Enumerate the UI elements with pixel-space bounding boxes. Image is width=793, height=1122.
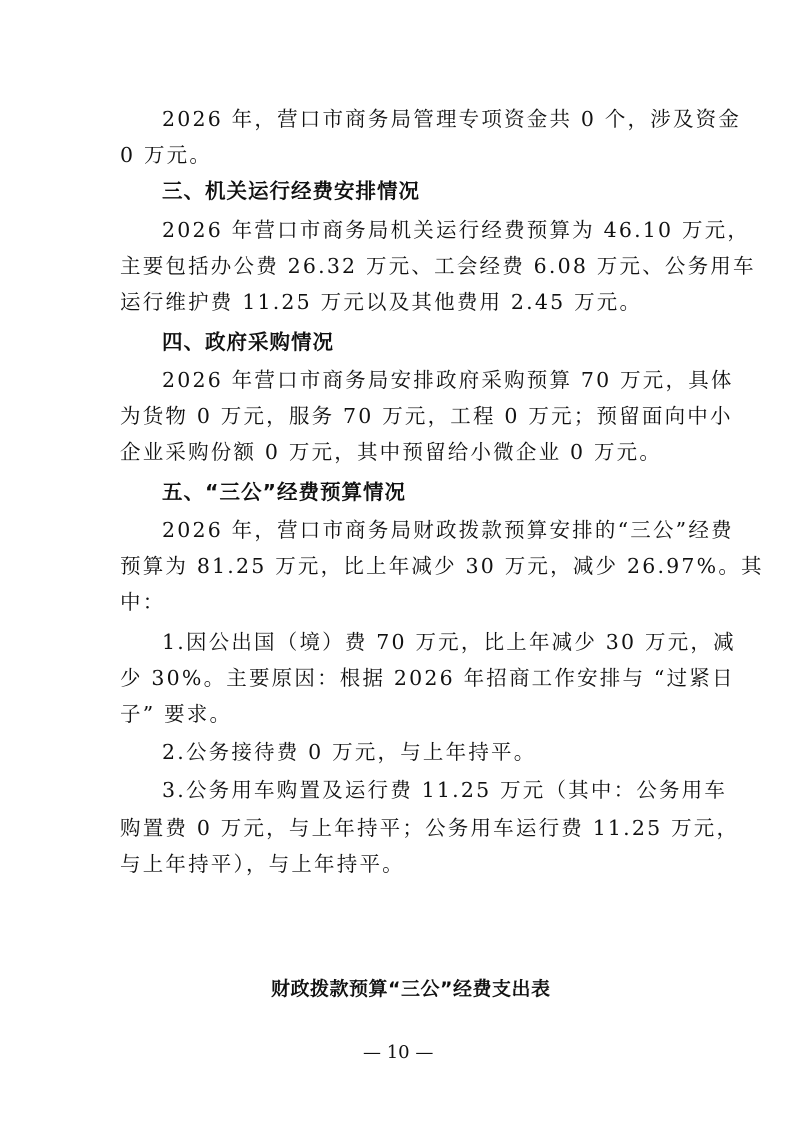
body-line: 运行维护费 11.25 万元以及其他费用 2.45 万元。 xyxy=(120,292,642,313)
body-line: 3.公务用车购置及运行费 11.25 万元（其中：公务用车 xyxy=(162,780,727,801)
body-line: 主要包括办公费 26.32 万元、工会经费 6.08 万元、公务用车 xyxy=(120,256,756,277)
section-heading-3: 三、机关运行经费安排情况 xyxy=(162,181,420,202)
body-line: 2026 年，营口市商务局财政拨款预算安排的“三公”经费 xyxy=(162,520,734,541)
body-line: 企业采购份额 0 万元，其中预留给小微企业 0 万元。 xyxy=(120,442,662,463)
body-line: 2026 年营口市商务局机关运行经费预算为 46.10 万元， xyxy=(162,220,750,241)
body-line: 子” 要求。 xyxy=(120,704,232,725)
table-title: 财政拨款预算“三公”经费支出表 xyxy=(271,980,550,999)
body-line: 为货物 0 万元，服务 70 万元，工程 0 万元；预留面向中小 xyxy=(120,406,733,427)
body-line: 中： xyxy=(120,592,165,613)
body-line: 2.公务接待费 0 万元，与上年持平。 xyxy=(162,742,536,763)
body-line: 购置费 0 万元，与上年持平；公务用车运行费 11.25 万元， xyxy=(120,818,739,839)
body-line: 0 万元。 xyxy=(120,145,212,166)
section-heading-5: 五、“三公”经费预算情况 xyxy=(162,482,406,503)
body-line: 少 30%。主要原因：根据 2026 年招商工作安排与 “过紧日 xyxy=(120,668,735,689)
body-line: 与上年持平），与上年持平。 xyxy=(120,854,405,875)
body-line: 2026 年，营口市商务局管理专项资金共 0 个，涉及资金 xyxy=(162,109,741,130)
page-number: — 10 — xyxy=(363,1044,433,1062)
section-heading-4: 四、政府采购情况 xyxy=(162,332,334,353)
body-line: 1.因公出国（境）费 70 万元，比上年减少 30 万元，减 xyxy=(162,632,736,653)
body-line: 预算为 81.25 万元，比上年减少 30 万元，减少 26.97%。其 xyxy=(120,556,764,577)
body-line: 2026 年营口市商务局安排政府采购预算 70 万元，具体 xyxy=(162,370,734,391)
